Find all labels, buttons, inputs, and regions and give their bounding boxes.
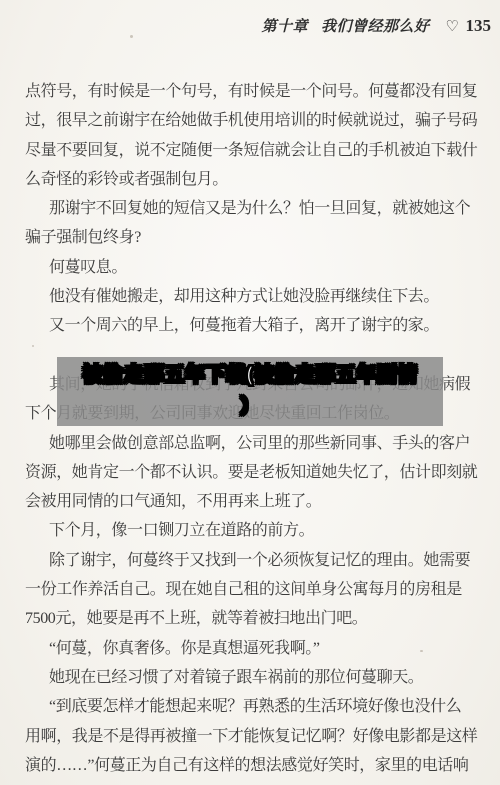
text-line: 7500元，她要是再不上班，就等着被扫地出门吧。 bbox=[25, 604, 478, 633]
watermark-title-line2: ） bbox=[240, 392, 261, 422]
body-text-column: 点符号，有时候是一个句号，有时候是一个问号。何蔓都没有回复过，很早之前谢宇在给她… bbox=[25, 77, 478, 780]
text-line: 用啊，我是不是得再被撞一下才能恢复记忆啊？好像电影都是这样 bbox=[25, 722, 478, 751]
watermark-title-overlay: 被偷走那五年下载(被偷走那五年剧情 ） bbox=[57, 357, 443, 426]
text-line: 过，很早之前谢宇在给她做手机使用培训的时候就说过，骗子号码 bbox=[25, 106, 478, 135]
text-line: 他没有催她搬走，却用这种方式让她没脸再继续住下去。 bbox=[25, 282, 478, 311]
page-number: 135 bbox=[466, 16, 492, 36]
text-line: 骗子强制包终身? bbox=[25, 223, 478, 252]
scan-speck bbox=[32, 345, 34, 347]
text-line: 她现在已经习惯了对着镜子跟车祸前的那位何蔓聊天。 bbox=[25, 663, 478, 692]
text-line: 何蔓叹息。 bbox=[25, 253, 478, 282]
text-line: 点符号，有时候是一个句号，有时候是一个问号。何蔓都没有回复 bbox=[25, 77, 478, 106]
text-line: 演的……”何蔓正为自己有这样的想法感觉好笑时，家里的电话响 bbox=[25, 751, 478, 780]
scanned-book-page: 第十章 我们曾经那么好 ♡ 135 点符号，有时候是一个句号，有时候是一个问号。… bbox=[0, 0, 500, 785]
text-line: 她哪里会做创意部总监啊，公司里的那些新同事、手头的客户 bbox=[25, 429, 478, 458]
text-line: 么奇怪的彩铃或者强制包月。 bbox=[25, 165, 478, 194]
heart-icon: ♡ bbox=[446, 17, 460, 36]
text-line: 又一个周六的早上，何蔓拖着大箱子，离开了谢宇的家。 bbox=[25, 311, 478, 340]
text-line: 下个月，像一口铡刀立在道路的前方。 bbox=[25, 516, 478, 545]
watermark-title-line1: 被偷走那五年下载(被偷走那五年剧情 bbox=[82, 359, 417, 392]
text-line: 那谢宇不回复她的短信又是为什么？怕一旦回复，就被她这个 bbox=[25, 194, 478, 223]
chapter-number: 第十章 bbox=[262, 15, 309, 36]
scan-speck bbox=[130, 35, 133, 38]
chapter-title: 我们曾经那么好 bbox=[321, 15, 430, 36]
text-line: 尽量不要回复，说不定随便一条短信就会让自己的手机被迫下载什 bbox=[25, 136, 478, 165]
text-line: “何蔓，你真奢侈。你是真想逼死我啊。” bbox=[25, 634, 478, 663]
scan-speck bbox=[420, 650, 423, 652]
text-line: 资源，她肯定一个都不认识。要是老板知道她失忆了，估计即刻就 bbox=[25, 458, 478, 487]
text-line: 除了谢宇，何蔓终于又找到一个必须恢复记忆的理由。她需要 bbox=[25, 546, 478, 575]
text-line: “到底要怎样才能想起来呢？再熟悉的生活环境好像也没什么 bbox=[25, 692, 478, 721]
running-head: 第十章 我们曾经那么好 ♡ 135 bbox=[262, 15, 491, 36]
text-line: 会被用同情的口气通知，不用再来上班了。 bbox=[25, 487, 478, 516]
text-line: 一份工作养活自己。现在她自己租的这间单身公寓每月的房租是 bbox=[25, 575, 478, 604]
